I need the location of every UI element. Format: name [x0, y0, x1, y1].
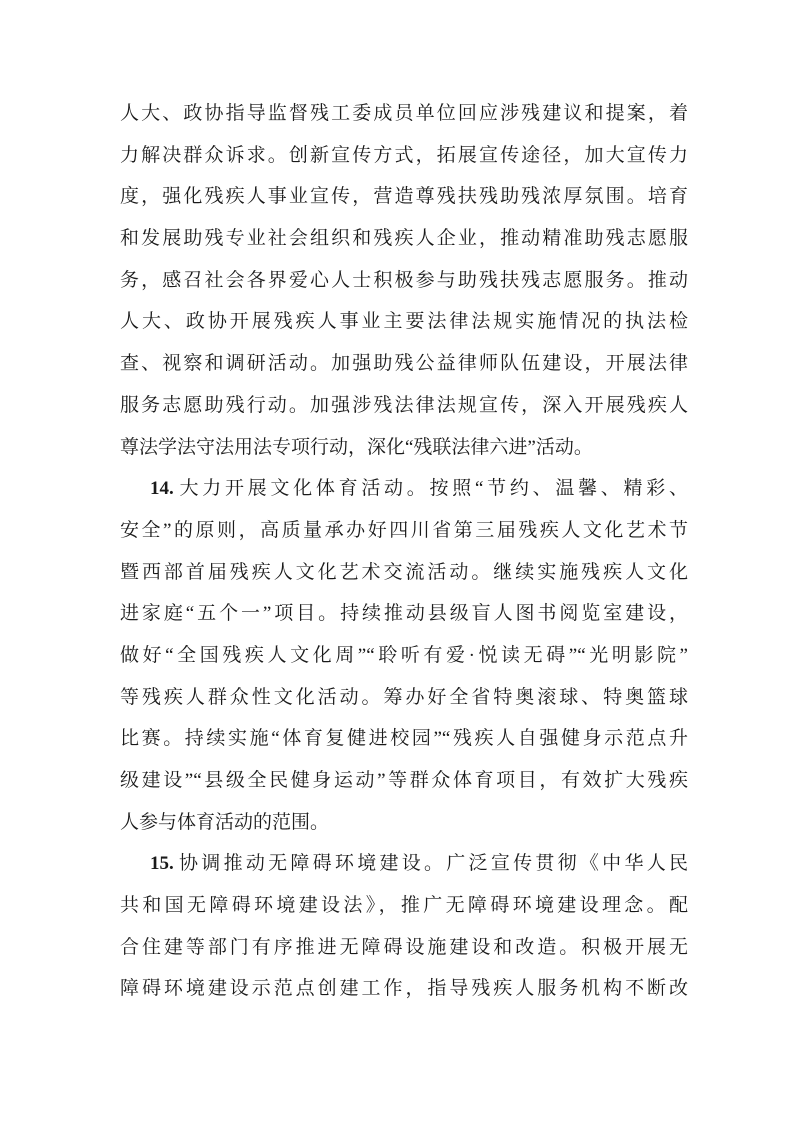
text-line: 人大、政协指导监督残工委成员单位回应涉残建议和提案，着: [120, 93, 688, 135]
text-line: 合住建等部门有序推进无障碍设施建设和改造。积极开展无: [120, 927, 688, 969]
text-line: 和发展助残专业社会组织和残疾人企业，推动精准助残志愿服: [120, 218, 688, 260]
text-line: 安全”的原则，高质量承办好四川省第三届残疾人文化艺术节: [120, 510, 688, 552]
text-line: 务，感召社会各界爱心人士积极参与助残扶残志愿服务。推动: [120, 260, 688, 302]
document-body: 人大、政协指导监督残工委成员单位回应涉残建议和提案，着 力解决群众诉求。创新宣传…: [0, 0, 793, 1010]
text-line: 进家庭“五个一”项目。持续推动县级盲人图书阅览室建设，: [120, 593, 688, 635]
paragraph-number: 14.: [150, 478, 176, 499]
text-line: 15.协调推动无障碍环境建设。广泛宣传贯彻《中华人民: [120, 843, 688, 885]
text-line: 14.大力开展文化体育活动。按照“节约、温馨、精彩、: [120, 468, 688, 510]
paragraph-14: 14.大力开展文化体育活动。按照“节约、温馨、精彩、 安全”的原则，高质量承办好…: [120, 468, 688, 843]
text-line: 查、视察和调研活动。加强助残公益律师队伍建设，开展法律: [120, 343, 688, 385]
text-line: 做好“全国残疾人文化周”“聆听有爱·悦读无碍”“光明影院”: [120, 635, 688, 677]
text-line: 度，强化残疾人事业宣传，营造尊残扶残助残浓厚氛围。培育: [120, 176, 688, 218]
text-line: 暨西部首届残疾人文化艺术交流活动。继续实施残疾人文化: [120, 552, 688, 594]
paragraph-13-continuation: 人大、政协指导监督残工委成员单位回应涉残建议和提案，着 力解决群众诉求。创新宣传…: [120, 93, 688, 468]
text-segment: 协调推动无障碍环境建设。广泛宣传贯彻《中华人民: [176, 853, 688, 874]
paragraph-15: 15.协调推动无障碍环境建设。广泛宣传贯彻《中华人民 共和国无障碍环境建设法》，…: [120, 843, 688, 1010]
text-line: 共和国无障碍环境建设法》，推广无障碍环境建设理念。配: [120, 885, 688, 927]
document-page: 人大、政协指导监督残工委成员单位回应涉残建议和提案，着 力解决群众诉求。创新宣传…: [0, 0, 793, 1122]
text-line: 障碍环境建设示范点创建工作，指导残疾人服务机构不断改: [120, 968, 688, 1010]
text-line: 人大、政协开展残疾人事业主要法律法规实施情况的执法检: [120, 301, 688, 343]
text-line: 比赛。持续实施“体育复健进校园”“残疾人自强健身示范点升: [120, 718, 688, 760]
paragraph-number: 15.: [150, 853, 176, 874]
text-line: 力解决群众诉求。创新宣传方式，拓展宣传途径，加大宣传力: [120, 135, 688, 177]
text-line: 服务志愿助残行动。加强涉残法律法规宣传，深入开展残疾人: [120, 385, 688, 427]
text-line: 人参与体育活动的范围。: [120, 802, 688, 844]
text-line: 级建设”“县级全民健身运动”等群众体育项目，有效扩大残疾: [120, 760, 688, 802]
text-segment: 大力开展文化体育活动。按照“节约、温馨、精彩、: [176, 478, 688, 499]
text-line: 尊法学法守法用法专项行动，深化“残联法律六进”活动。: [120, 427, 688, 469]
text-line: 等残疾人群众性文化活动。筹办好全省特奥滚球、特奥篮球: [120, 677, 688, 719]
